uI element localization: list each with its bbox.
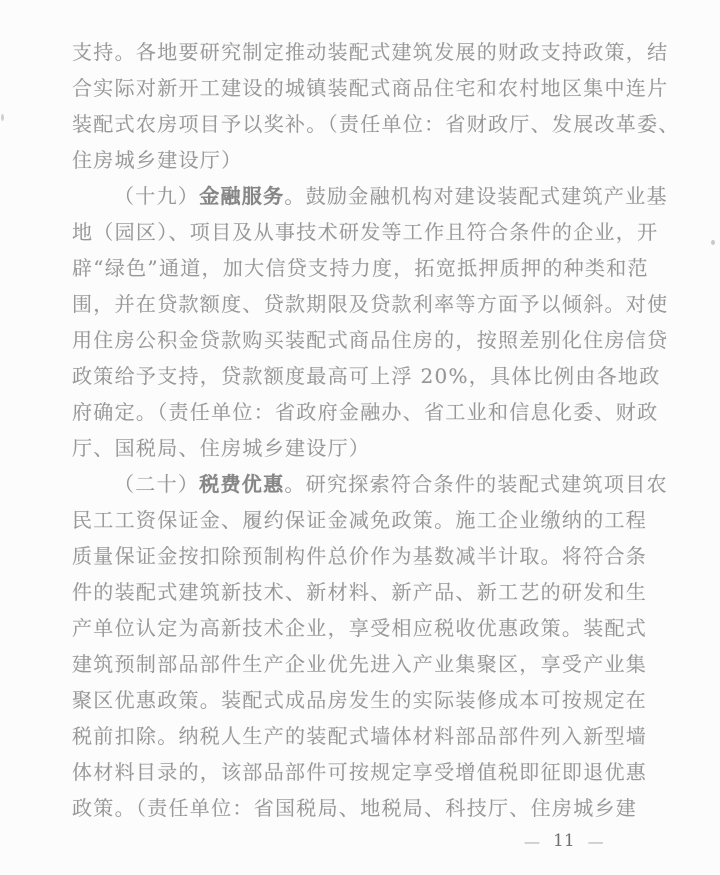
text-line: 装配式农房项目予以奖补。（责任单位：省财政厅、发展改革委、 (72, 106, 672, 142)
page-number-footer: — 11 — (524, 831, 604, 851)
section-title: 金融服务 (199, 184, 284, 208)
document-page: 支持。各地要研究制定推动装配式建筑发展的财政支持政策，结 合实际对新开工建设的城… (0, 0, 720, 875)
text-line: 质量保证金按扣除预制构件总价作为基数减半计取。将符合条 (72, 538, 672, 574)
text-line: 合实际对新开工建设的城镇装配式商品住宅和农村地区集中连片 (72, 70, 672, 106)
scan-artifact-speck (711, 240, 715, 245)
text-line: 用住房公积金贷款购买装配式商品住房的，按照差别化住房信贷 (72, 322, 672, 358)
text-line: 产单位认定为高新技术企业，享受相应税收优惠政策。装配式 (72, 610, 672, 646)
text-line: 件的装配式建筑新技术、新材料、新产品、新工艺的研发和生 (72, 574, 672, 610)
text-line: 民工工资保证金、履约保证金减免政策。施工企业缴纳的工程 (72, 502, 672, 538)
text-line-section-start: （二十）税费优惠。研究探索符合条件的装配式建筑项目农 (72, 466, 672, 502)
section-text: 。研究探索符合条件的装配式建筑项目农 (284, 472, 667, 496)
section-text: 。鼓励金融机构对建设装配式建筑产业基 (284, 184, 667, 208)
document-body: 支持。各地要研究制定推动装配式建筑发展的财政支持政策，结 合实际对新开工建设的城… (72, 34, 672, 826)
text-line: 住房城乡建设厅） (72, 142, 672, 178)
text-line: 围，并在贷款额度、贷款期限及贷款利率等方面予以倾斜。对使 (72, 286, 672, 322)
page-number-dash-right: — (588, 832, 604, 851)
text-line: 政策。（责任单位：省国税局、地税局、科技厅、住房城乡建 (72, 790, 672, 826)
page-number-dash-left: — (524, 832, 540, 851)
text-line: 支持。各地要研究制定推动装配式建筑发展的财政支持政策，结 (72, 34, 672, 70)
text-line: 聚区优惠政策。装配式成品房发生的实际装修成本可按规定在 (72, 682, 672, 718)
text-line: 政策给予支持，贷款额度最高可上浮 20%，具体比例由各地政 (72, 358, 672, 394)
text-line: 地（园区）、项目及从事技术研发等工作且符合条件的企业，开 (72, 214, 672, 250)
text-line: 体材料目录的，该部品部件可按规定享受增值税即征即退优惠 (72, 754, 672, 790)
section-number: （二十） (114, 472, 199, 496)
text-line-section-start: （十九）金融服务。鼓励金融机构对建设装配式建筑产业基 (72, 178, 672, 214)
section-number: （十九） (114, 184, 199, 208)
page-number: 11 (553, 831, 575, 851)
section-title: 税费优惠 (199, 472, 284, 496)
text-line: 府确定。（责任单位：省政府金融办、省工业和信息化委、财政 (72, 394, 672, 430)
scan-artifact-speck (1, 114, 4, 121)
text-line: 辟“绿色”通道，加大信贷支持力度，拓宽抵押质押的种类和范 (72, 250, 672, 286)
text-line: 税前扣除。纳税人生产的装配式墙体材料部品部件列入新型墙 (72, 718, 672, 754)
text-line: 厅、国税局、住房城乡建设厅） (72, 430, 672, 466)
text-line: 建筑预制部品部件生产企业优先进入产业集聚区，享受产业集 (72, 646, 672, 682)
